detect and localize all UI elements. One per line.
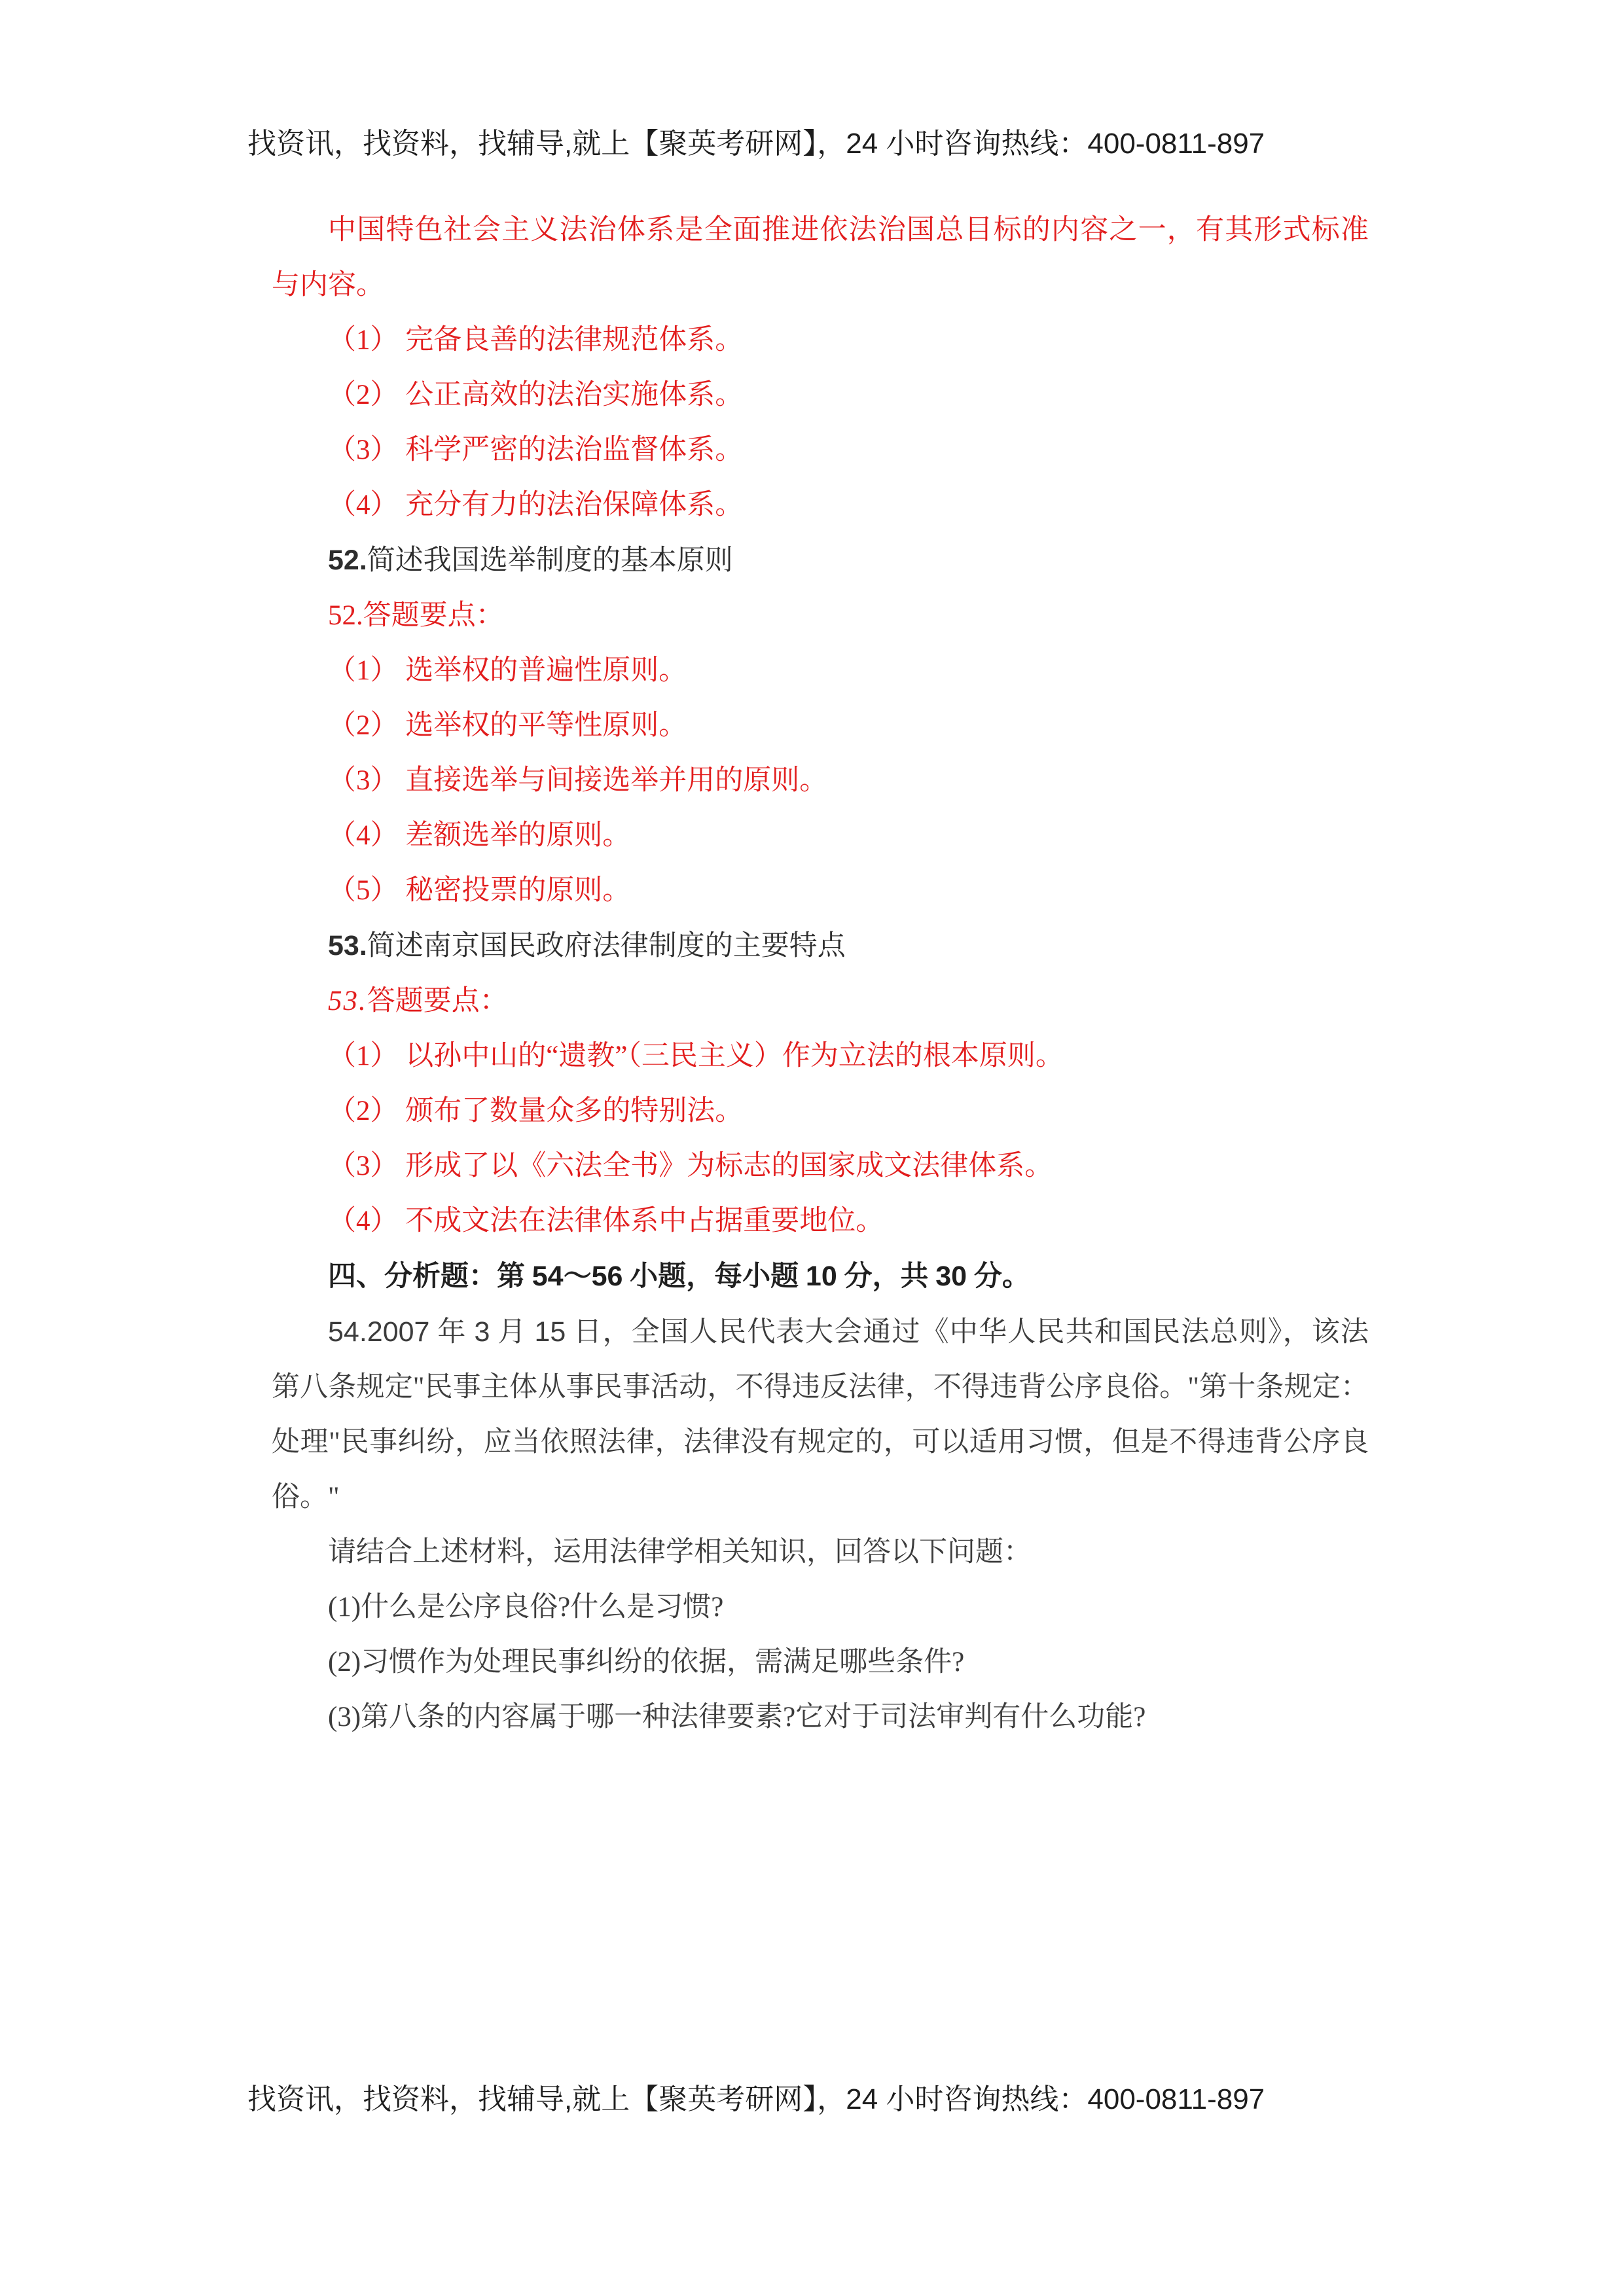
section-4-range: 54～56 (532, 1261, 623, 1292)
answer-51-item: （3） 科学严密的法治监督体系。 (272, 423, 1369, 478)
answer-53-item: （4） 不成文法在法律体系中占据重要地位。 (272, 1194, 1369, 1249)
answer-52-item: （5） 秘密投票的原则。 (272, 863, 1369, 918)
question-54-subquestion: (1)什么是公序良俗?什么是习惯? (272, 1580, 1369, 1635)
document-content: 中国特色社会主义法治体系是全面推进依法治国总目标的内容之一，有其形式标准与内容。… (272, 203, 1369, 1745)
section-4-text: 小题，每小题 (623, 1261, 806, 1292)
section-4-text: 四、分析题：第 (328, 1261, 532, 1292)
answer-51-item: （2） 公正高效的法治实施体系。 (272, 368, 1369, 423)
question-52-number: 52. (328, 545, 367, 576)
document-page: 找资讯，找资料，找辅导,就上【聚英考研网】，24 小时咨询热线：400-0811… (0, 0, 1624, 2296)
section-4-heading: 四、分析题：第 54～56 小题，每小题 10 分，共 30 分。 (272, 1249, 1369, 1304)
section-4-text: 分。 (967, 1261, 1030, 1292)
answer-key-53-number: 53. (328, 986, 367, 1016)
section-4-points-each: 10 (806, 1261, 837, 1292)
answer-51-item: （4） 充分有力的法治保障体系。 (272, 478, 1369, 533)
question-54-prompt: 请结合上述材料，运用法律学相关知识，回答以下问题： (272, 1525, 1369, 1580)
question-54-number-date: 54.2007 (328, 1316, 429, 1348)
answer-52-item: （3） 直接选举与间接选举并用的原则。 (272, 753, 1369, 808)
answer-key-53-text: 答题要点： (367, 986, 508, 1016)
question-54-text: 月 (490, 1317, 534, 1348)
answer-51-item: （1） 完备良善的法律规范体系。 (272, 313, 1369, 368)
question-53-heading: 53.简述南京国民政府法律制度的主要特点 (272, 918, 1369, 974)
question-54-day: 15 (535, 1316, 566, 1348)
question-54-paragraph: 54.2007 年 3 月 15 日，全国人民代表大会通过《中华人民共和国民法总… (272, 1304, 1369, 1525)
question-52-title: 简述我国选举制度的基本原则 (367, 545, 733, 576)
page-header: 找资讯，找资料，找辅导,就上【聚英考研网】，24 小时咨询热线：400-0811… (247, 126, 1378, 162)
section-4-text: 分，共 (837, 1261, 936, 1292)
question-53-number: 53. (328, 930, 367, 961)
answer-53-item: （2） 颁布了数量众多的特别法。 (272, 1084, 1369, 1139)
question-54-subquestion: (3)第八条的内容属于哪一种法律要素?它对于司法审判有什么功能? (272, 1690, 1369, 1745)
page-footer: 找资讯，找资料，找辅导,就上【聚英考研网】，24 小时咨询热线：400-0811… (247, 2081, 1378, 2118)
answer-key-53-label: 53.答题要点： (272, 974, 1369, 1029)
answer-53-item: （3） 形成了以《六法全书》为标志的国家成文法律体系。 (272, 1139, 1369, 1194)
answer-53-item: （1） 以孙中山的“遗教”（三民主义）作为立法的根本原则。 (272, 1029, 1369, 1084)
question-53-title: 简述南京国民政府法律制度的主要特点 (367, 931, 846, 961)
answer-52-item: （2） 选举权的平等性原则。 (272, 698, 1369, 753)
question-54-text: 年 (429, 1317, 474, 1348)
answer-51-intro: 中国特色社会主义法治体系是全面推进依法治国总目标的内容之一，有其形式标准与内容。 (272, 203, 1369, 313)
answer-52-item: （1） 选举权的普遍性原则。 (272, 643, 1369, 698)
answer-52-item: （4） 差额选举的原则。 (272, 808, 1369, 863)
answer-key-52-label: 52.答题要点： (272, 588, 1369, 643)
question-54-subquestion: (2)习惯作为处理民事纠纷的依据，需满足哪些条件? (272, 1635, 1369, 1690)
question-54-month: 3 (475, 1316, 490, 1348)
section-4-points-total: 30 (935, 1261, 967, 1292)
question-52-heading: 52.简述我国选举制度的基本原则 (272, 533, 1369, 588)
